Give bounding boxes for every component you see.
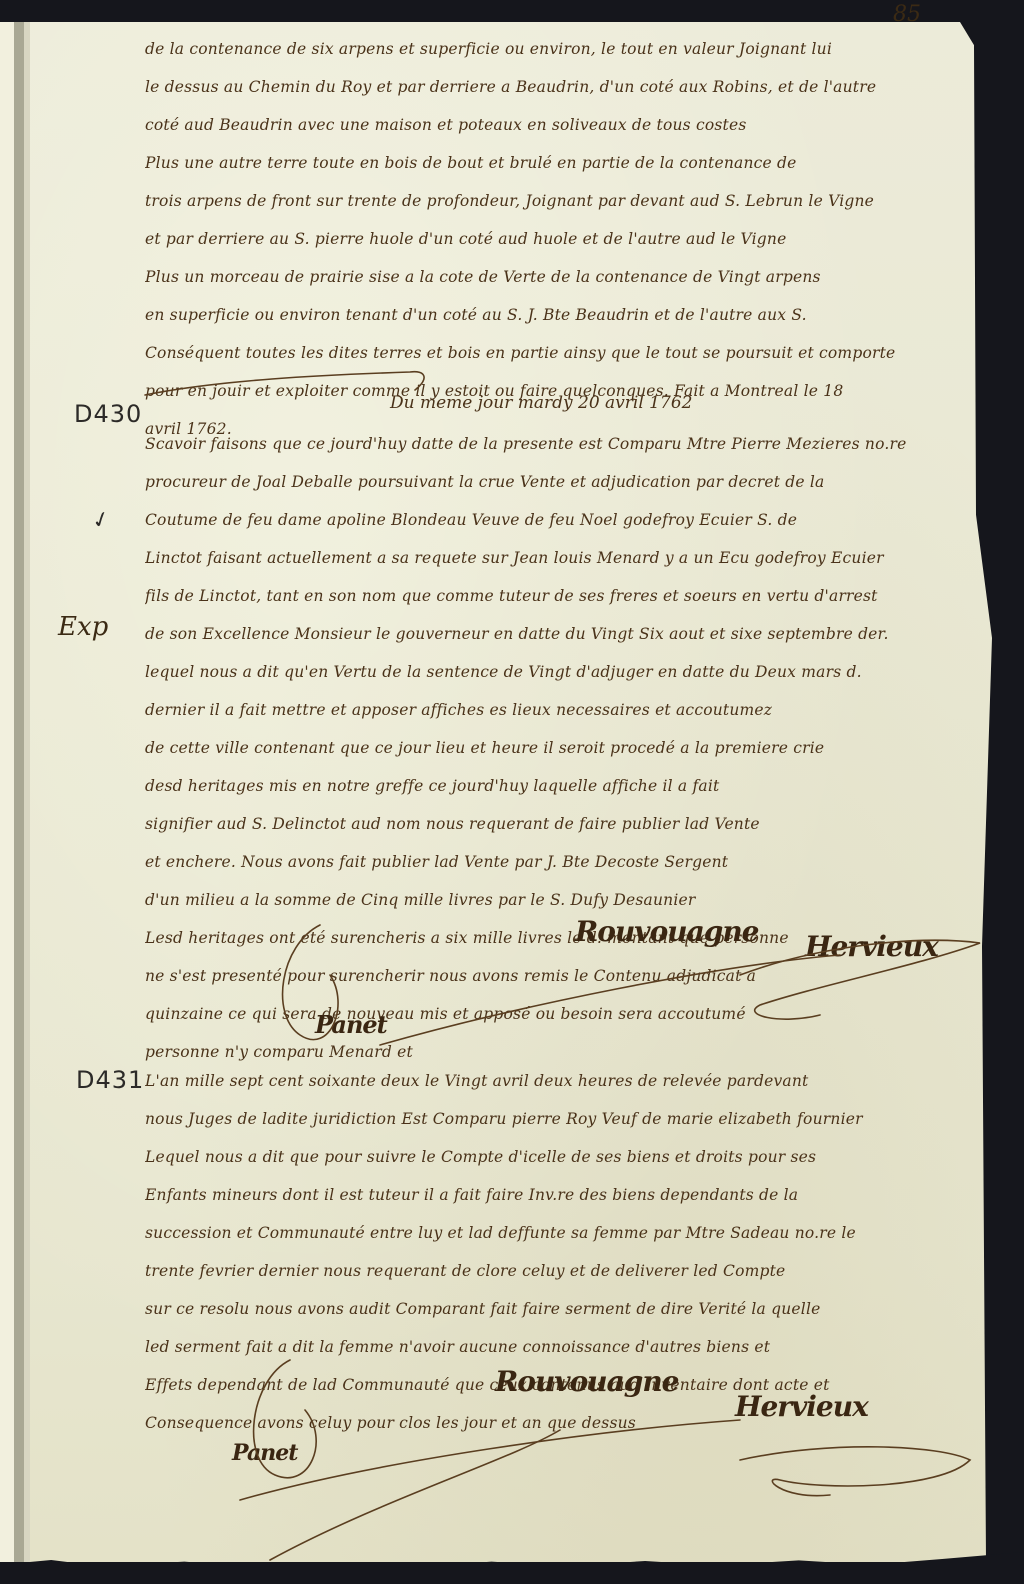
text-line: de son Excellence Monsieur le gouverneur… [145,615,985,653]
text-line: Enfants mineurs dont il est tuteur il a … [145,1176,985,1214]
folio-number: 85 [893,2,921,27]
text-line: Scavoir faisons que ce jourd'huy datte d… [145,425,985,463]
text-line: trente fevrier dernier nous requerant de… [145,1252,985,1290]
text-line: dernier il a fait mettre et apposer affi… [145,691,985,729]
continuation-text-block: de la contenance de six arpens et superf… [145,30,985,448]
entry-reference-d431: D431 [76,1066,144,1094]
entry-d430-heading: Du meme jour mardy 20 avril 1762 [390,393,692,413]
signature-panet: Panet [315,1010,387,1039]
text-line: et enchere. Nous avons fait publier lad … [145,843,985,881]
text-line: et par derriere au S. pierre huole d'un … [145,220,985,258]
text-line: quinzaine ce qui sera de nouveau mis et … [145,995,985,1033]
text-line: de la contenance de six arpens et superf… [145,30,985,68]
entry-reference-d430: D430 [74,400,142,428]
text-line: fils de Linctot, tant en son nom que com… [145,577,985,615]
text-line: Plus une autre terre toute en bois de bo… [145,144,985,182]
text-line: L'an mille sept cent soixante deux le Vi… [145,1062,985,1100]
text-line: lequel nous a dit qu'en Vertu de la sent… [145,653,985,691]
signature-hervieux-2: Hervieux [735,1390,868,1423]
text-line: succession et Communauté entre luy et la… [145,1214,985,1252]
text-line: procureur de Joal Deballe poursuivant la… [145,463,985,501]
text-line: desd heritages mis en notre greffe ce jo… [145,767,985,805]
text-line: le dessus au Chemin du Roy et par derrie… [145,68,985,106]
text-line: Coutume de feu dame apoline Blondeau Veu… [145,501,985,539]
signature-rouvouagne: Rouvouagne [575,915,759,948]
text-line: trois arpens de front sur trente de prof… [145,182,985,220]
text-line: Consequence avons celuy pour clos les jo… [145,1404,765,1442]
text-line: Lequel nous a dit que pour suivre le Com… [145,1138,985,1176]
signature-hervieux: Hervieux [805,930,938,963]
text-line: Conséquent toutes les dites terres et bo… [145,334,985,372]
text-line: d'un milieu a la somme de Cinq mille liv… [145,881,985,919]
text-line: en superficie ou environ tenant d'un cot… [145,296,985,334]
entry-d430-text: Scavoir faisons que ce jourd'huy datte d… [145,425,985,1071]
text-line: de cette ville contenant que ce jour lie… [145,729,985,767]
binding-strip [0,22,30,1562]
margin-exp-note: Exp [58,612,108,642]
text-line: coté aud Beaudrin avec une maison et pot… [145,106,985,144]
text-line: sur ce resolu nous avons audit Comparant… [145,1290,985,1328]
signature-rouvouagne-2: Rouvouagne [495,1365,679,1398]
text-line: led serment fait a dit la femme n'avoir … [145,1328,985,1366]
text-line: nous Juges de ladite juridiction Est Com… [145,1100,985,1138]
signature-panet-2: Panet [232,1440,297,1466]
text-line: signifier aud S. Delinctot aud nom nous … [145,805,985,843]
text-line: Plus un morceau de prairie sise a la cot… [145,258,985,296]
text-line: Linctot faisant actuellement a sa requet… [145,539,985,577]
